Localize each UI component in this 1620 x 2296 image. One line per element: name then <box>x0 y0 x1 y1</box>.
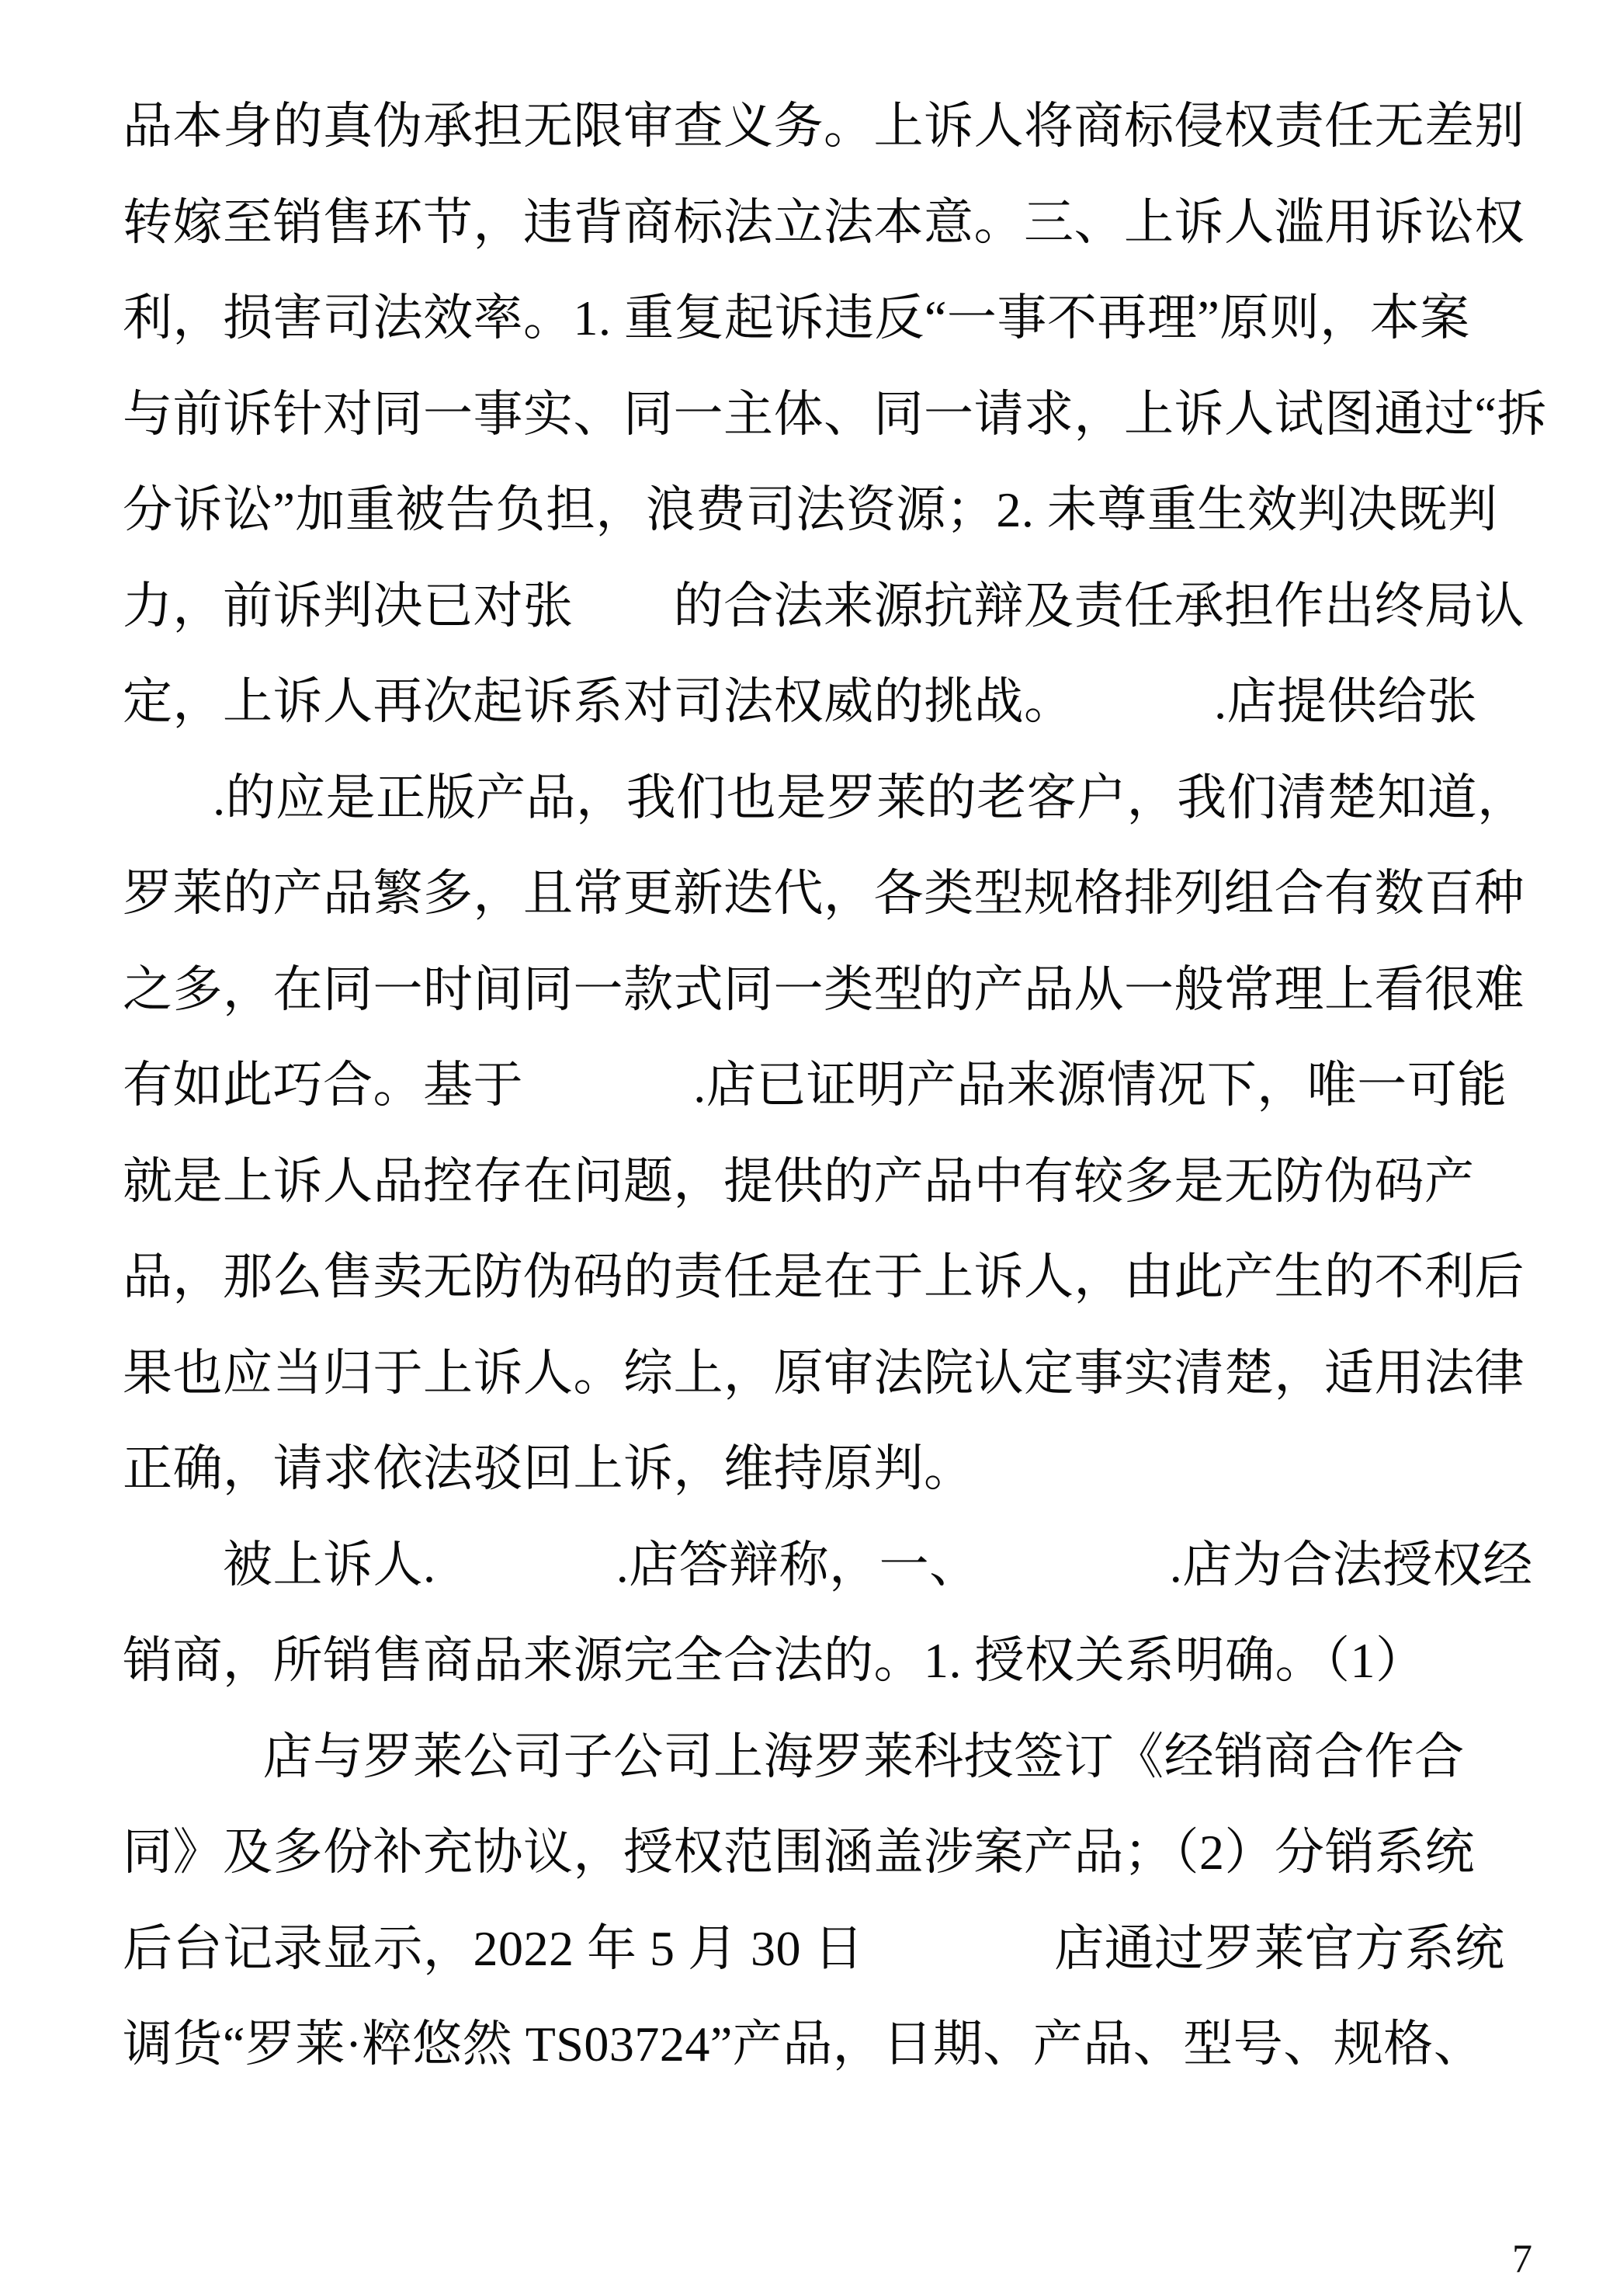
redaction-gap <box>1074 717 1215 718</box>
text-line: 调货“罗莱·粹悠然 TS03724”产品，日期、产品、型号、规格、 <box>123 1996 1543 2093</box>
text-segment: 罗莱的产品繁多，且常更新迭代，各类型规格排列组合有数百种 <box>123 866 1525 921</box>
document-body: 品本身的真伪承担无限审查义务。上诉人将商标侵权责任无差别转嫁至销售环节，违背商标… <box>123 78 1543 2093</box>
text-line: 被上诉人..店答辩称，一、.店为合法授权经 <box>123 1517 1543 1613</box>
text-line: 转嫁至销售环节，违背商标法立法本意。三、上诉人滥用诉讼权 <box>123 175 1543 271</box>
text-segment: 后台记录显示，2022 年 5 月 30 日 <box>123 1921 864 1976</box>
text-segment: .店已证明产品来源情况下，唯一可能 <box>693 1058 1507 1113</box>
text-segment: 店与罗莱公司子公司上海罗莱科技签订《经销商合作合 <box>263 1729 1465 1784</box>
text-segment: .店为合法授权经 <box>1170 1537 1533 1593</box>
text-segment: 同》及多份补充协议，授权范围涵盖涉案产品；（2）分销系统 <box>123 1825 1475 1880</box>
text-line: 正确，请求依法驳回上诉，维持原判。 <box>123 1421 1543 1517</box>
text-segment: 被上诉人. <box>223 1537 436 1593</box>
text-segment: 定，上诉人再次起诉系对司法权威的挑战。 <box>123 674 1074 729</box>
text-segment: 利，损害司法效率。1. 重复起诉违反“一事不再理”原则，本案 <box>123 290 1470 346</box>
text-line: 品，那么售卖无防伪码的责任是在于上诉人，由此产生的不利后 <box>123 1229 1543 1325</box>
redaction-gap <box>123 1581 223 1582</box>
legal-document-page: 品本身的真伪承担无限审查义务。上诉人将商标侵权责任无差别转嫁至销售环节，违背商标… <box>0 0 1620 2296</box>
text-line: .的应是正版产品，我们也是罗莱的老客户，我们清楚知道， <box>123 750 1543 846</box>
redaction-gap <box>574 622 674 623</box>
text-segment: 店通过罗莱官方系统 <box>1054 1921 1505 1976</box>
text-line: 利，损害司法效率。1. 重复起诉违反“一事不再理”原则，本案 <box>123 270 1543 366</box>
text-segment: 销商，所销售商品来源完全合法的。1. 授权关系明确。（1） <box>123 1633 1426 1688</box>
text-line: 销商，所销售商品来源完全合法的。1. 授权关系明确。（1） <box>123 1613 1543 1709</box>
text-line: 果也应当归于上诉人。综上，原审法院认定事实清楚，适用法律 <box>123 1325 1543 1422</box>
text-segment: 分诉讼”加重被告负担，浪费司法资源；2. 未尊重生效判决既判 <box>123 482 1497 537</box>
text-line: 定，上诉人再次起诉系对司法权威的挑战。.店提供给张 <box>123 654 1543 750</box>
text-segment: 果也应当归于上诉人。综上，原审法院认定事实清楚，适用法律 <box>123 1346 1525 1401</box>
text-segment: .店答辩称，一、 <box>616 1537 980 1593</box>
text-segment: 之多，在同一时间同一款式同一类型的产品从一般常理上看很难 <box>123 962 1525 1017</box>
text-segment: 转嫁至销售环节，违背商标法立法本意。三、上诉人滥用诉讼权 <box>123 195 1525 250</box>
text-segment: 调货“罗莱·粹悠然 TS03724”产品，日期、产品、型号、规格、 <box>123 2016 1483 2072</box>
text-segment: 有如此巧合。基于 <box>123 1058 523 1113</box>
redaction-gap <box>864 1964 1054 1965</box>
text-segment: 与前诉针对同一事实、同一主体、同一请求，上诉人试图通过“拆 <box>123 387 1547 442</box>
text-segment: 正确，请求依法驳回上诉，维持原判。 <box>123 1441 974 1496</box>
text-segment: 力，前诉判决已对张 <box>123 578 574 634</box>
text-line: 之多，在同一时间同一款式同一类型的产品从一般常理上看很难 <box>123 942 1543 1038</box>
text-line: 品本身的真伪承担无限审查义务。上诉人将商标侵权责任无差别 <box>123 78 1543 175</box>
text-line: 有如此巧合。基于.店已证明产品来源情况下，唯一可能 <box>123 1037 1543 1134</box>
redaction-gap <box>523 1101 693 1102</box>
text-segment: 品本身的真伪承担无限审查义务。上诉人将商标侵权责任无差别 <box>123 99 1525 154</box>
page-number: 7 <box>1512 2236 1532 2283</box>
text-line: 后台记录显示，2022 年 5 月 30 日店通过罗莱官方系统 <box>123 1901 1543 1997</box>
text-line: 分诉讼”加重被告负担，浪费司法资源；2. 未尊重生效判决既判 <box>123 462 1543 558</box>
text-segment: 的合法来源抗辩及责任承担作出终局认 <box>674 578 1525 634</box>
text-line: 力，前诉判决已对张的合法来源抗辩及责任承担作出终局认 <box>123 558 1543 655</box>
text-line: 同》及多份补充协议，授权范围涵盖涉案产品；（2）分销系统 <box>123 1804 1543 1901</box>
redaction-gap <box>123 814 213 815</box>
text-line: 就是上诉人品控存在问题，提供的产品中有较多是无防伪码产 <box>123 1134 1543 1230</box>
redaction-gap <box>980 1581 1170 1582</box>
text-segment: 品，那么售卖无防伪码的责任是在于上诉人，由此产生的不利后 <box>123 1249 1525 1304</box>
text-line: 店与罗莱公司子公司上海罗莱科技签订《经销商合作合 <box>123 1709 1543 1805</box>
text-line: 与前诉针对同一事实、同一主体、同一请求，上诉人试图通过“拆 <box>123 366 1543 463</box>
redaction-gap <box>123 1773 263 1773</box>
redaction-gap <box>436 1581 616 1582</box>
text-line: 罗莱的产品繁多，且常更新迭代，各类型规格排列组合有数百种 <box>123 846 1543 942</box>
text-segment: .店提供给张 <box>1214 674 1477 729</box>
text-segment: .的应是正版产品，我们也是罗莱的老客户，我们清楚知道， <box>213 770 1528 825</box>
text-segment: 就是上诉人品控存在问题，提供的产品中有较多是无防伪码产 <box>123 1154 1475 1209</box>
